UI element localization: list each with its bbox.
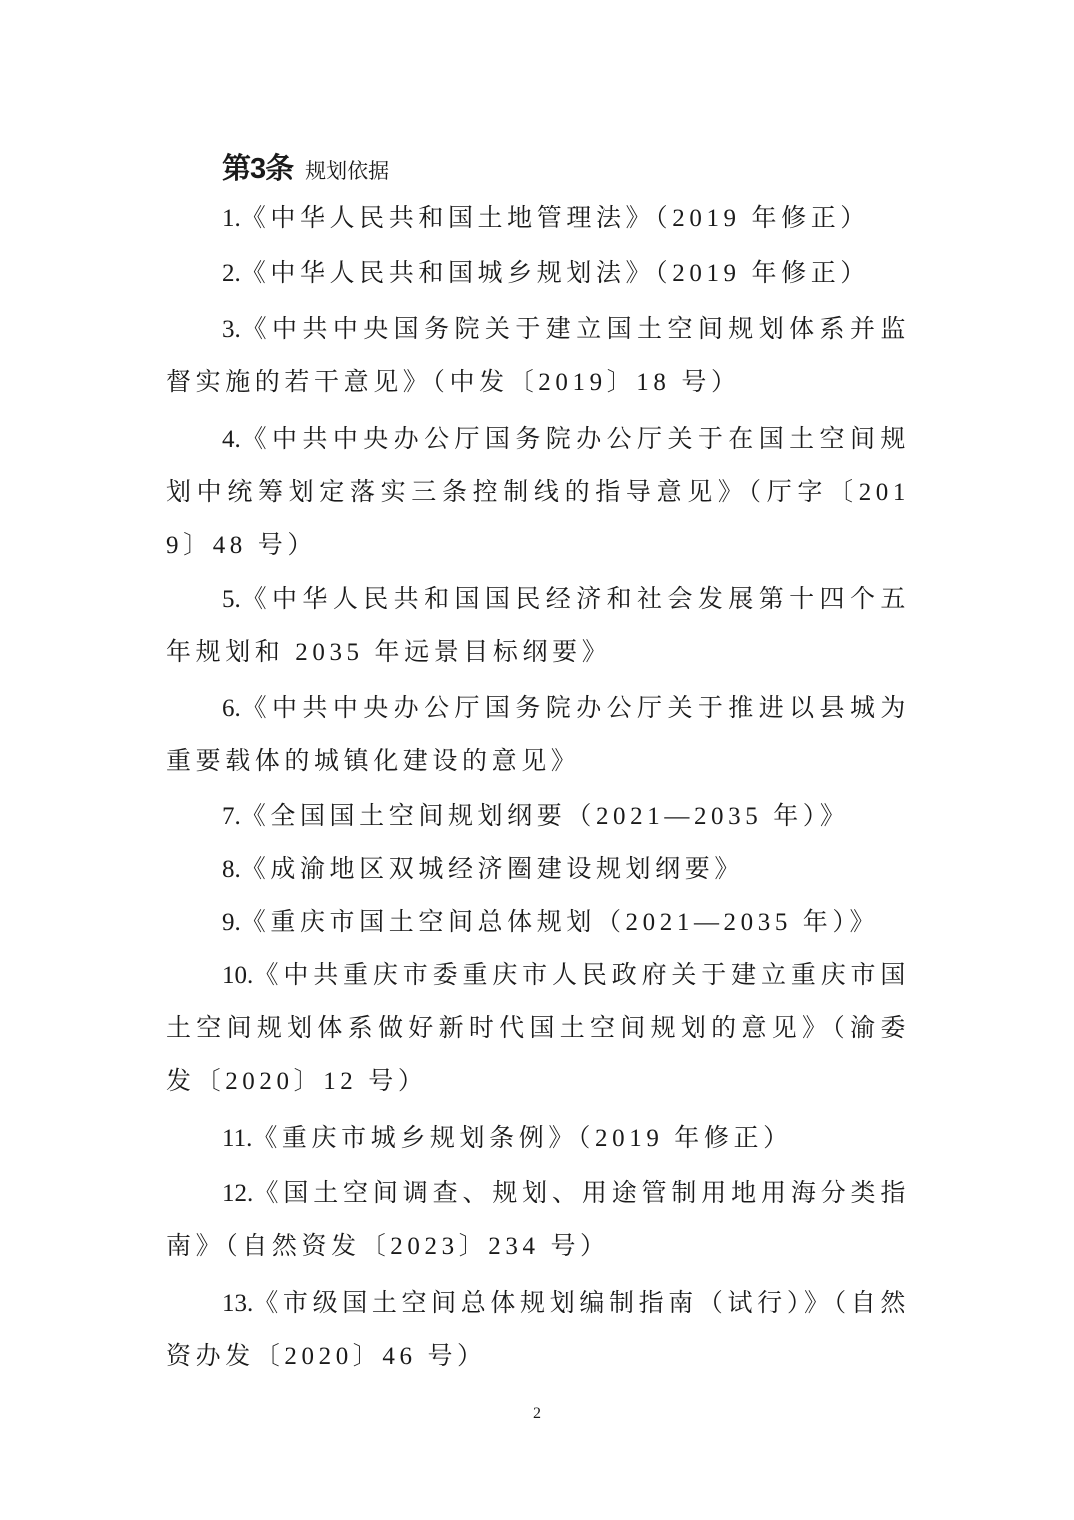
item-text: 《成渝地区双城经济圈建设规划纲要》 [241, 856, 744, 883]
item-index: 1. [222, 205, 241, 232]
article-title: 规划依据 [305, 155, 389, 185]
item-index: 4. [222, 426, 241, 453]
list-item: 6.《中共中央办公厅国务院办公厅关于推进以县城为重要载体的城镇化建设的意见》 [166, 682, 910, 788]
list-item: 7.《全国国土空间规划纲要（2021—2035 年）》 [166, 790, 910, 843]
list-item: 2.《中华人民共和国城乡规划法》（2019 年修正） [166, 247, 910, 300]
page-number: 2 [0, 1405, 1074, 1423]
list-item: 1.《中华人民共和国土地管理法》（2019 年修正） [166, 192, 910, 245]
list-item: 8.《成渝地区双城经济圈建设规划纲要》 [166, 843, 910, 896]
item-text: 《中共重庆市委重庆市人民政府关于建立重庆市国土空间规划体系做好新时代国土空间规划… [166, 962, 910, 1095]
item-text: 《市级国土空间总体规划编制指南（试行）》（自然资办发〔2020〕46 号） [166, 1290, 910, 1370]
item-index: 12. [222, 1180, 253, 1207]
item-index: 7. [222, 803, 241, 830]
item-text: 《中共中央办公厅国务院办公厅关于推进以县城为重要载体的城镇化建设的意见》 [166, 695, 910, 775]
list-item: 11.《重庆市城乡规划条例》（2019 年修正） [166, 1112, 910, 1165]
item-text: 《重庆市城乡规划条例》（2019 年修正） [252, 1125, 792, 1152]
item-index: 11. [222, 1125, 252, 1152]
item-text: 《全国国土空间规划纲要（2021—2035 年）》 [241, 803, 850, 830]
list-item: 3.《中共中央国务院关于建立国土空间规划体系并监督实施的若干意见》（中发〔201… [166, 303, 910, 409]
item-text: 《中华人民共和国土地管理法》（2019 年修正） [241, 205, 870, 232]
item-text: 《中共中央办公厅国务院办公厅关于在国土空间规划中统筹划定落实三条控制线的指导意见… [166, 426, 910, 559]
item-index: 6. [222, 695, 241, 722]
item-index: 9. [222, 909, 241, 936]
item-text: 《中共中央国务院关于建立国土空间规划体系并监督实施的若干意见》（中发〔2019〕… [166, 316, 910, 396]
item-index: 10. [222, 962, 253, 989]
item-text: 《国土空间调查、规划、用途管制用地用海分类指南》（自然资发〔2023〕234 号… [166, 1180, 910, 1260]
article-heading: 第3条 规划依据 [222, 146, 389, 187]
article-number: 第3条 [222, 146, 293, 187]
item-text: 《中华人民共和国国民经济和社会发展第十四个五年规划和 2035 年远景目标纲要》 [166, 586, 910, 666]
item-index: 8. [222, 856, 241, 883]
item-index: 3. [222, 316, 241, 343]
list-item: 12.《国土空间调查、规划、用途管制用地用海分类指南》（自然资发〔2023〕23… [166, 1167, 910, 1273]
list-item: 13.《市级国土空间总体规划编制指南（试行）》（自然资办发〔2020〕46 号） [166, 1277, 910, 1383]
item-text: 《重庆市国土空间总体规划（2021—2035 年）》 [241, 909, 879, 936]
list-item: 10.《中共重庆市委重庆市人民政府关于建立重庆市国土空间规划体系做好新时代国土空… [166, 949, 910, 1108]
list-item: 4.《中共中央办公厅国务院办公厅关于在国土空间规划中统筹划定落实三条控制线的指导… [166, 413, 910, 572]
list-item: 5.《中华人民共和国国民经济和社会发展第十四个五年规划和 2035 年远景目标纲… [166, 573, 910, 679]
list-item: 9.《重庆市国土空间总体规划（2021—2035 年）》 [166, 896, 910, 949]
item-text: 《中华人民共和国城乡规划法》（2019 年修正） [241, 260, 870, 287]
item-index: 13. [222, 1290, 253, 1317]
item-index: 5. [222, 586, 241, 613]
item-index: 2. [222, 260, 241, 287]
